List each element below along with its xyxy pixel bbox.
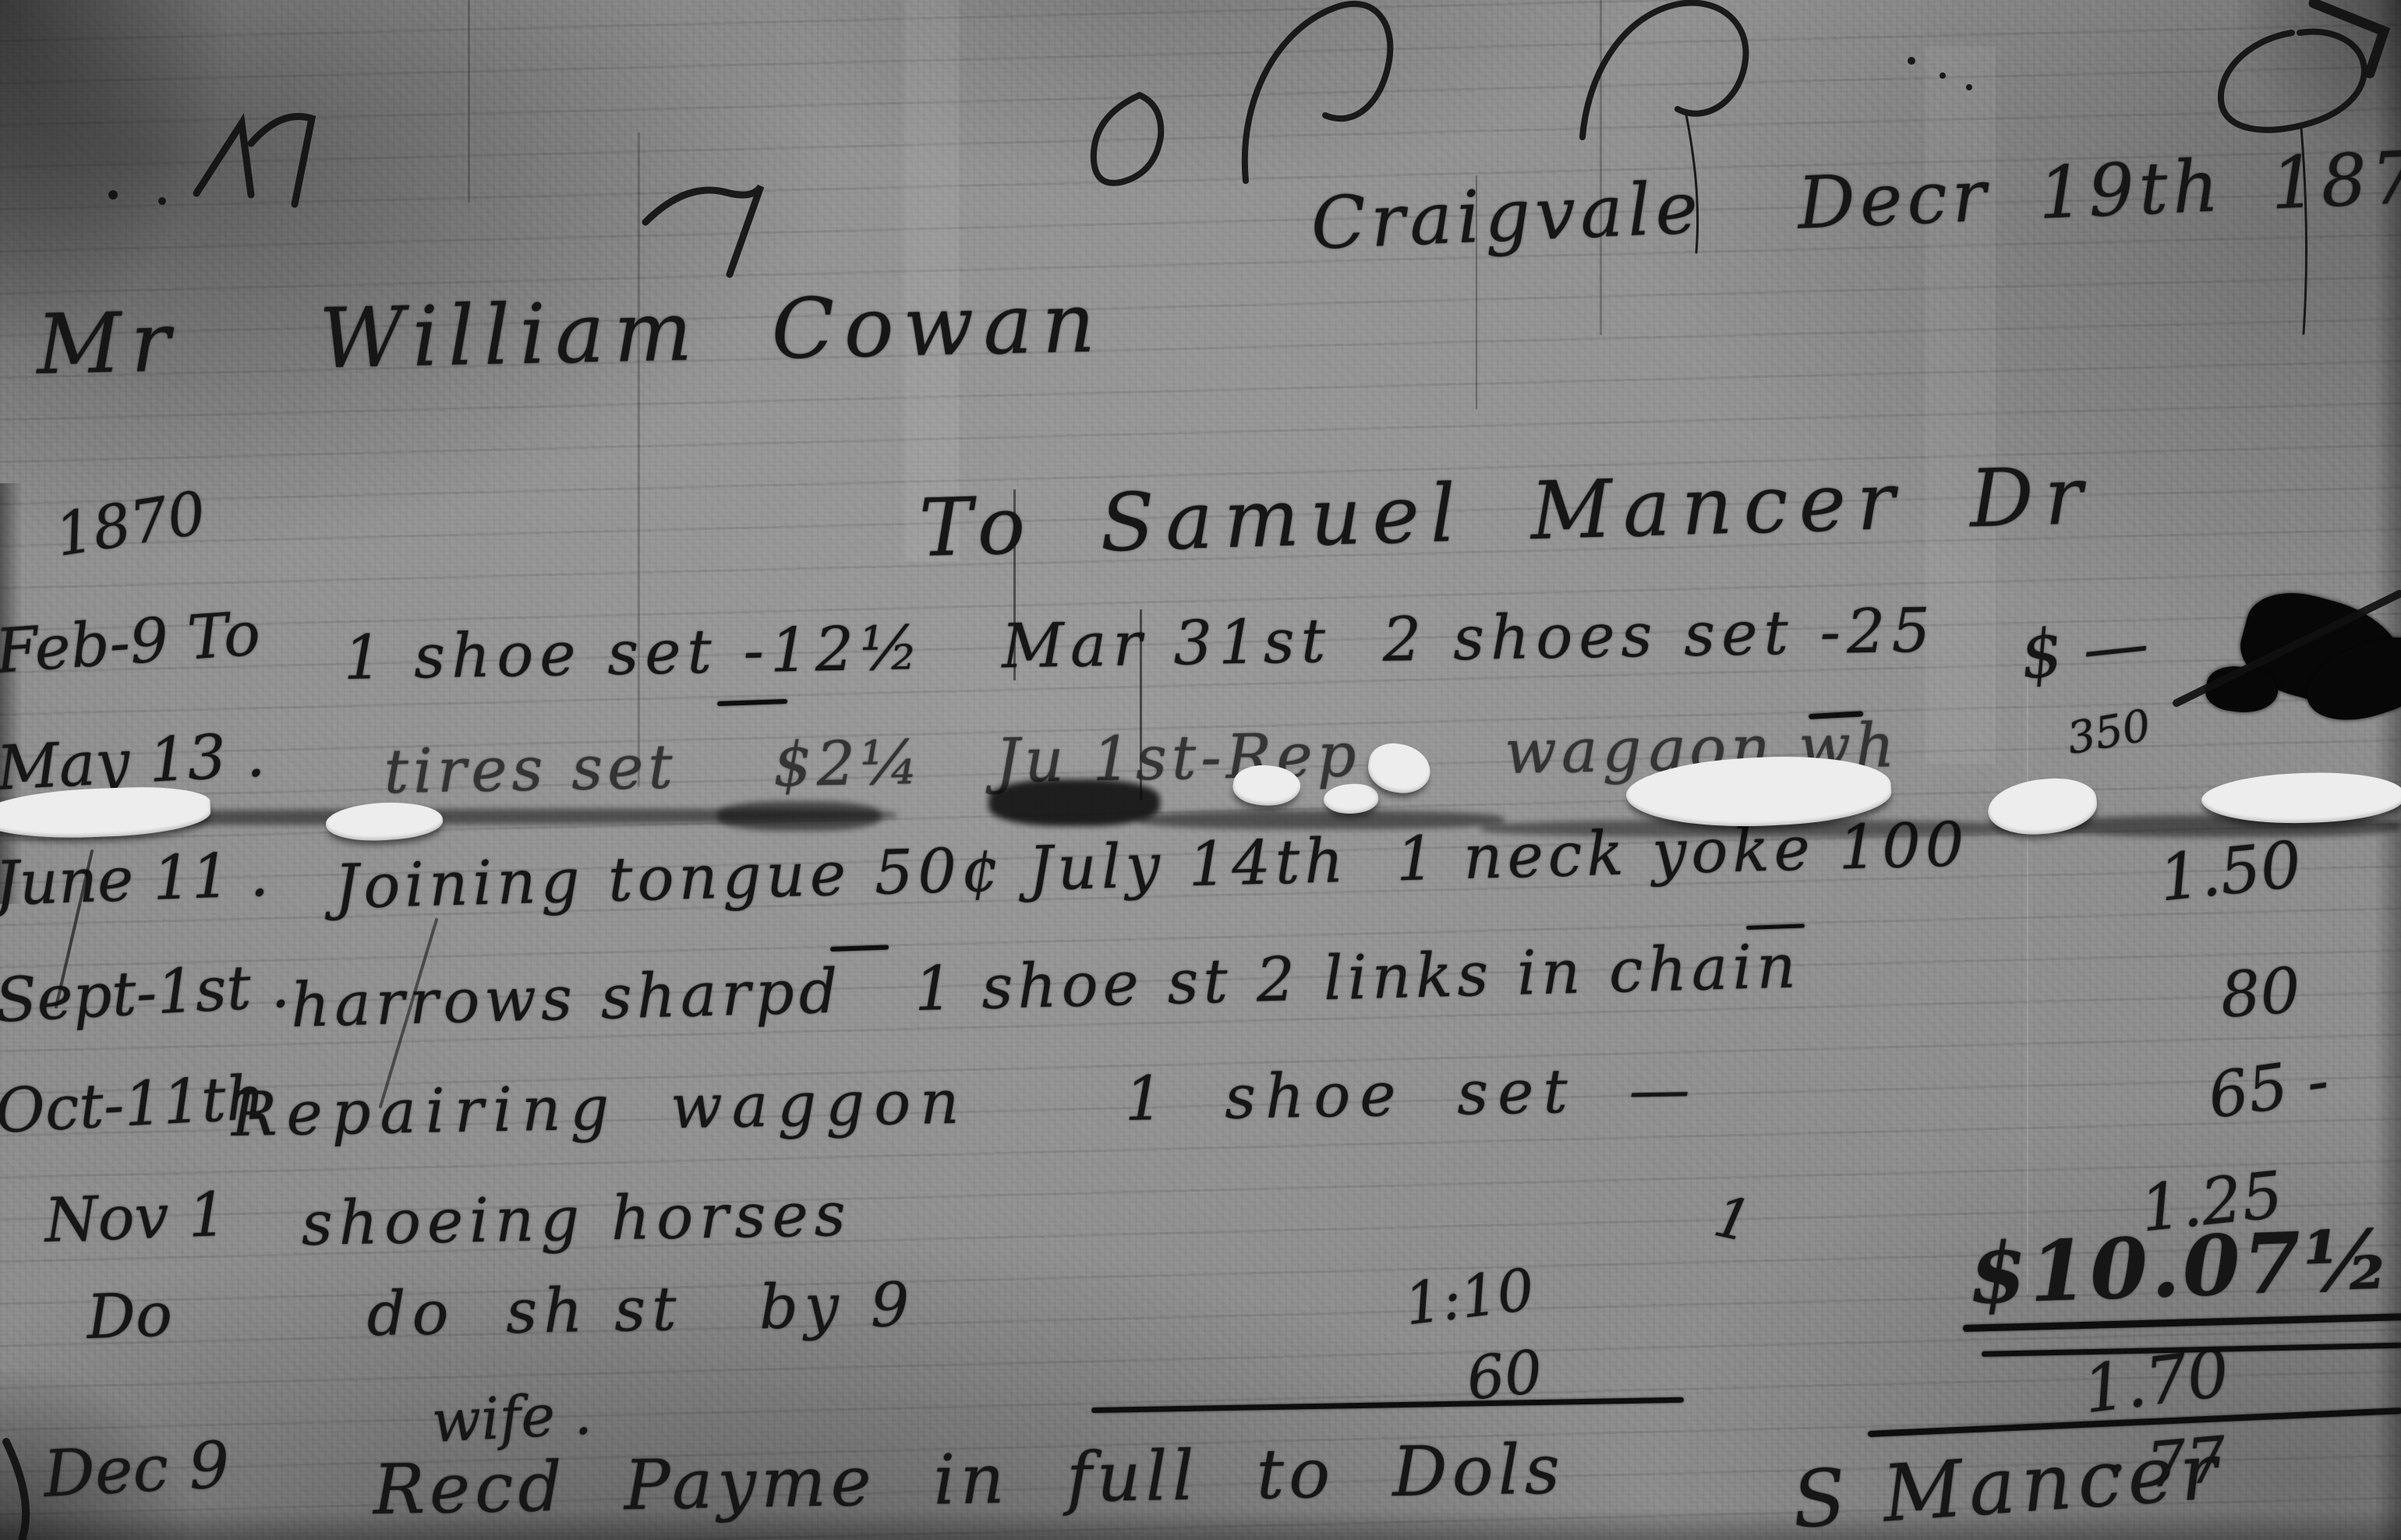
edge-shadow: [0, 483, 22, 904]
receipt-photo: Craigvale Decr 19th 1870 Mr William Cowa…: [0, 0, 2401, 1540]
place-date-line: Craigvale Decr 19th 1870: [1310, 140, 2401, 260]
total-amount: $10.07½: [1968, 1218, 2395, 1316]
entry-amount: 80: [2219, 959, 2302, 1027]
entry-desc: Repairing waggon 1 shoe set —: [231, 1059, 1699, 1146]
fold-crease: [1600, 0, 1602, 335]
entry-amount: · 77: [2105, 1429, 2229, 1501]
sum-line-60: [1091, 1397, 1684, 1413]
entry-note: 350: [2064, 704, 2154, 761]
entry-amount: 65 -: [2205, 1050, 2332, 1129]
underline-12half: [717, 699, 787, 706]
underline-100: [1746, 924, 1805, 930]
entry-amount: 1.50: [2156, 833, 2304, 912]
entry-date: June 11 .: [0, 845, 270, 915]
entry-amount: $ —: [2017, 610, 2152, 689]
entry-date: Feb-9 To: [0, 603, 262, 683]
corner-mark: [6, 1442, 26, 1540]
entry-date: Do: [86, 1284, 173, 1348]
entry-desc: wife .: [430, 1385, 593, 1451]
year-label: 1870: [51, 483, 210, 565]
fold-crease: [638, 132, 640, 787]
tear-shadow: [717, 801, 881, 831]
entry-mid-amount: 60: [1464, 1342, 1545, 1409]
entry-desc: Recd Payme in full to Dols: [373, 1435, 1565, 1524]
ink-circle-flourish: [2221, 32, 2364, 130]
ink-loop: [1245, 4, 1391, 181]
entry-date: Nov 1: [44, 1185, 228, 1252]
entry-desc: 1 shoe set -12½ Mar 31st 2 shoes set -25: [343, 600, 1937, 689]
entry-desc: do sh st by 9: [366, 1275, 916, 1345]
ink-flourish-d: [1094, 95, 1161, 183]
addressee-line: Mr William Cowan: [36, 281, 1105, 387]
ink-dot: [1908, 57, 1915, 65]
ink-smear: [988, 779, 1160, 826]
light-streak: [2027, 655, 2028, 1294]
ink-dot: [108, 190, 118, 200]
corner-shadow: [2237, 0, 2401, 156]
entry-date: Dec 9: [42, 1434, 231, 1507]
underline-50c: [830, 945, 889, 952]
edge-shadow: [2374, 0, 2401, 1540]
ink-dot: [1940, 72, 1946, 79]
entry-desc: shoeing horses: [301, 1185, 852, 1255]
entry-mark: 1: [1710, 1188, 1756, 1250]
entry-mid-amount: 1:10: [1402, 1261, 1537, 1334]
ink-loop: [1582, 3, 1746, 137]
corner-mark: [2314, 3, 2384, 73]
ink-scribble: [196, 116, 312, 204]
ink-dot: [1966, 84, 1972, 90]
entry-date: Sept-1st .: [0, 955, 291, 1032]
debit-to-line: To Samuel Mancer Dr: [918, 457, 2095, 569]
fold-crease: [468, 0, 470, 203]
entry-desc: harrows sharpd 1 shoe st 2 links in chai…: [290, 936, 1802, 1037]
ink-squiggle: [645, 186, 761, 274]
tear-shadow: [1138, 811, 1505, 829]
entry-date: Oct-11th: [0, 1068, 267, 1143]
ink-dot: [158, 197, 166, 205]
